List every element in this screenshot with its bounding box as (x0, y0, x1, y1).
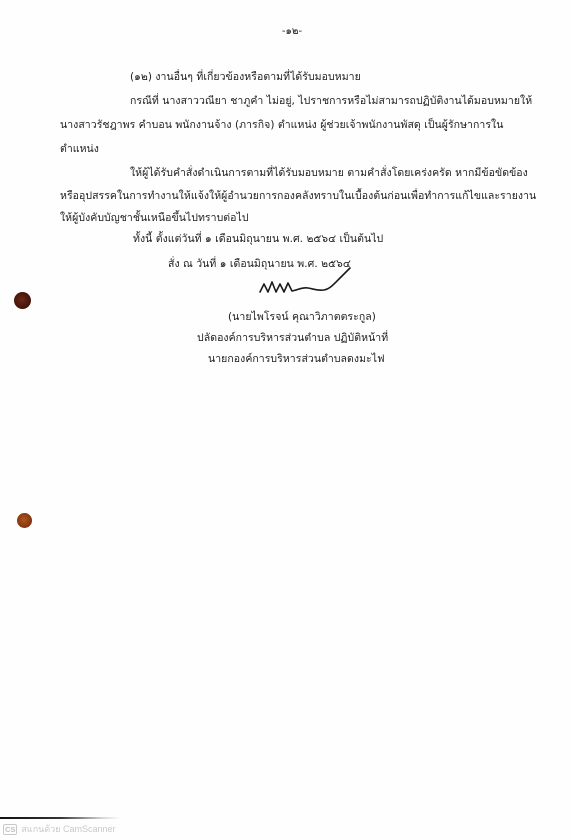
signatory-title-1: ปลัดองค์การบริหารส่วนตำบล ปฏิบัติหน้าที่ (197, 331, 388, 345)
punch-hole (17, 513, 32, 528)
item-heading: (๑๒) งานอื่นๆ ที่เกี่ยวข้องหรือตามที่ได้… (130, 70, 361, 84)
paragraph-2-line-3: ให้ผู้บังคับบัญชาชั้นเหนือขึ้นไปทราบต่อไ… (60, 211, 249, 225)
watermark-text: สแกนด้วย CamScanner (21, 822, 115, 836)
scan-edge-line (0, 817, 120, 819)
paragraph-2-line-2: หรืออุปสรรคในการทำงานให้แจ้งให้ผู้อำนวยก… (60, 189, 536, 203)
camscanner-logo-icon: CS (3, 824, 17, 835)
effective-date: ทั้งนี้ ตั้งแต่วันที่ ๑ เดือนมิถุนายน พ.… (133, 232, 383, 246)
camscanner-watermark: CS สแกนด้วย CamScanner (3, 823, 116, 835)
handwritten-signature (258, 262, 358, 302)
paragraph-1-line-2: นางสาวรัชฎาพร คำบอน พนักงานจ้าง (ภารกิจ)… (60, 118, 503, 132)
paragraph-1-line-3: ตำแหน่ง (60, 142, 99, 156)
page-number: -๑๒- (0, 24, 572, 39)
scanned-document-page: -๑๒- (๑๒) งานอื่นๆ ที่เกี่ยวข้องหรือตามท… (0, 0, 572, 840)
paragraph-2-line-1: ให้ผู้ได้รับคำสั่งดำเนินการตามที่ได้รับม… (130, 166, 528, 180)
punch-hole (14, 292, 31, 309)
paragraph-1-line-1: กรณีที่ นางสาววณียา ชาภูคำ ไม่อยู่, ไปรา… (130, 94, 532, 108)
signatory-name: (นายไพโรจน์ คุณาวิภาตตระกูล) (228, 310, 376, 324)
signatory-title-2: นายกองค์การบริหารส่วนตำบลดงมะไฟ (208, 352, 385, 366)
